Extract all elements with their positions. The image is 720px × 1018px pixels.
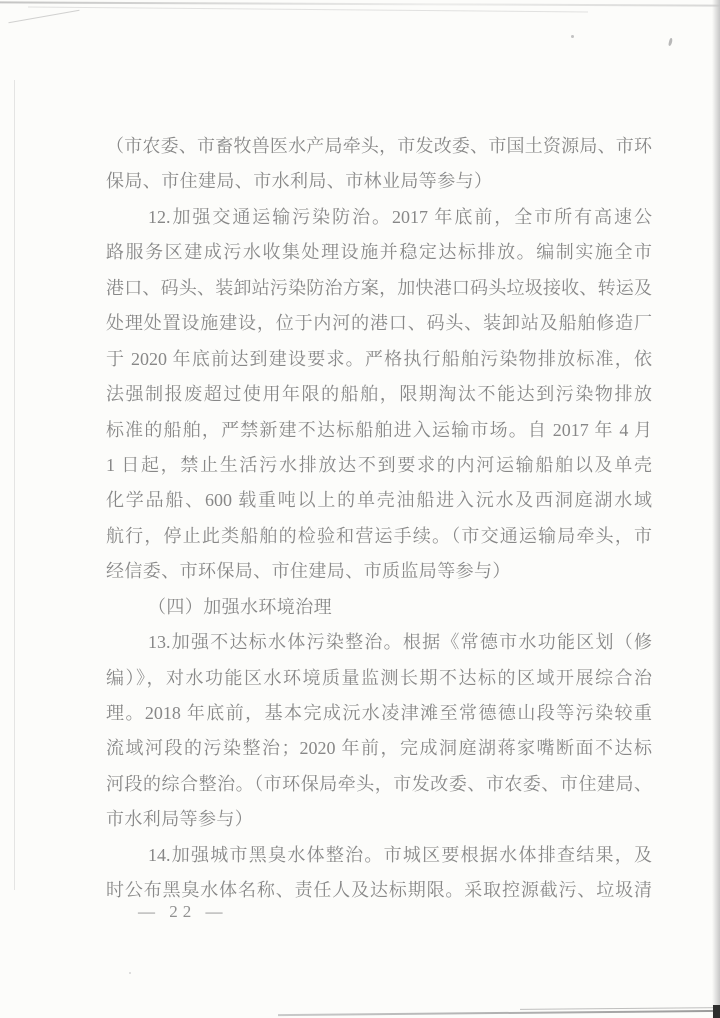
text-line: 法强制报废超过使用年限的船舶，限期淘汰不能达到污染物排放	[106, 377, 652, 412]
text-line: 经信委、市环保局、市住建局、市质监局等参与）	[106, 554, 652, 589]
scan-streak-top	[0, 1, 720, 6]
page-number: — 22 —	[138, 899, 228, 925]
scan-streak-top-2	[28, 7, 588, 13]
text-line: 12.加强交通运输污染防治。2017 年底前，全市所有高速公	[106, 200, 652, 235]
document-body: （市农委、市畜牧兽医水产局牵头，市发改委、市国土资源局、市环 保局、市住建局、市…	[106, 129, 652, 909]
text-line: 化学品船、600 载重吨以上的单壳油船进入沅水及西洞庭湖水域	[106, 483, 652, 518]
scan-left-fold-line	[14, 80, 15, 890]
text-line: 13.加强不达标水体污染整治。根据《常德市水功能区划（修	[106, 625, 652, 660]
text-line: 14.加强城市黑臭水体整治。市城区要根据水体排查结果，及	[106, 838, 652, 873]
scan-speck	[668, 38, 673, 46]
scan-corner-block	[713, 1005, 720, 1018]
text-line: 理。2018 年底前，基本完成沅水凌津滩至常德德山段等污染较重	[106, 696, 652, 731]
paper-bottom-edge-2	[520, 1007, 720, 1010]
text-line: 路服务区建成污水收集处理设施并稳定达标排放。编制实施全市	[106, 235, 652, 270]
text-line: 市水利局等参与）	[106, 802, 652, 837]
text-line: 河段的综合整治。（市环保局牵头，市发改委、市农委、市住建局、	[106, 767, 652, 802]
text-line: 编）》，对水功能区水环境质量监测长期不达标的区域开展综合治	[106, 661, 652, 696]
text-line: 标准的船舶，严禁新建不达标船舶进入运输市场。自 2017 年 4 月	[106, 413, 652, 448]
scan-speck	[571, 35, 574, 38]
text-line: 保局、市住建局、市水利局、市林业局等参与）	[106, 164, 652, 199]
document-page: （市农委、市畜牧兽医水产局牵头，市发改委、市国土资源局、市环 保局、市住建局、市…	[0, 0, 720, 1018]
text-line: 处理处置设施建设，位于内河的港口、码头、装卸站及船舶修造厂	[106, 306, 652, 341]
page-edge-shadow	[712, 0, 720, 1018]
text-line: 航行，停止此类船舶的检验和营运手续。（市交通运输局牵头，市	[106, 519, 652, 554]
text-line: 流域河段的污染整治；2020 年前，完成洞庭湖蒋家嘴断面不达标	[106, 731, 652, 766]
scan-speck	[129, 972, 131, 974]
text-line: 1 日起，禁止生活污水排放达不到要求的内河运输船舶以及单壳	[106, 448, 652, 483]
paper-bottom-edge	[278, 1010, 720, 1016]
section-heading: （四）加强水环境治理	[106, 590, 652, 625]
text-line: 港口、码头、装卸站污染防治方案，加快港口码头垃圾接收、转运及	[106, 271, 652, 306]
text-line: （市农委、市畜牧兽医水产局牵头，市发改委、市国土资源局、市环	[106, 129, 652, 164]
scan-corner-mark	[8, 10, 79, 24]
text-line: 于 2020 年底前达到建设要求。严格执行船舶污染物排放标准，依	[106, 342, 652, 377]
